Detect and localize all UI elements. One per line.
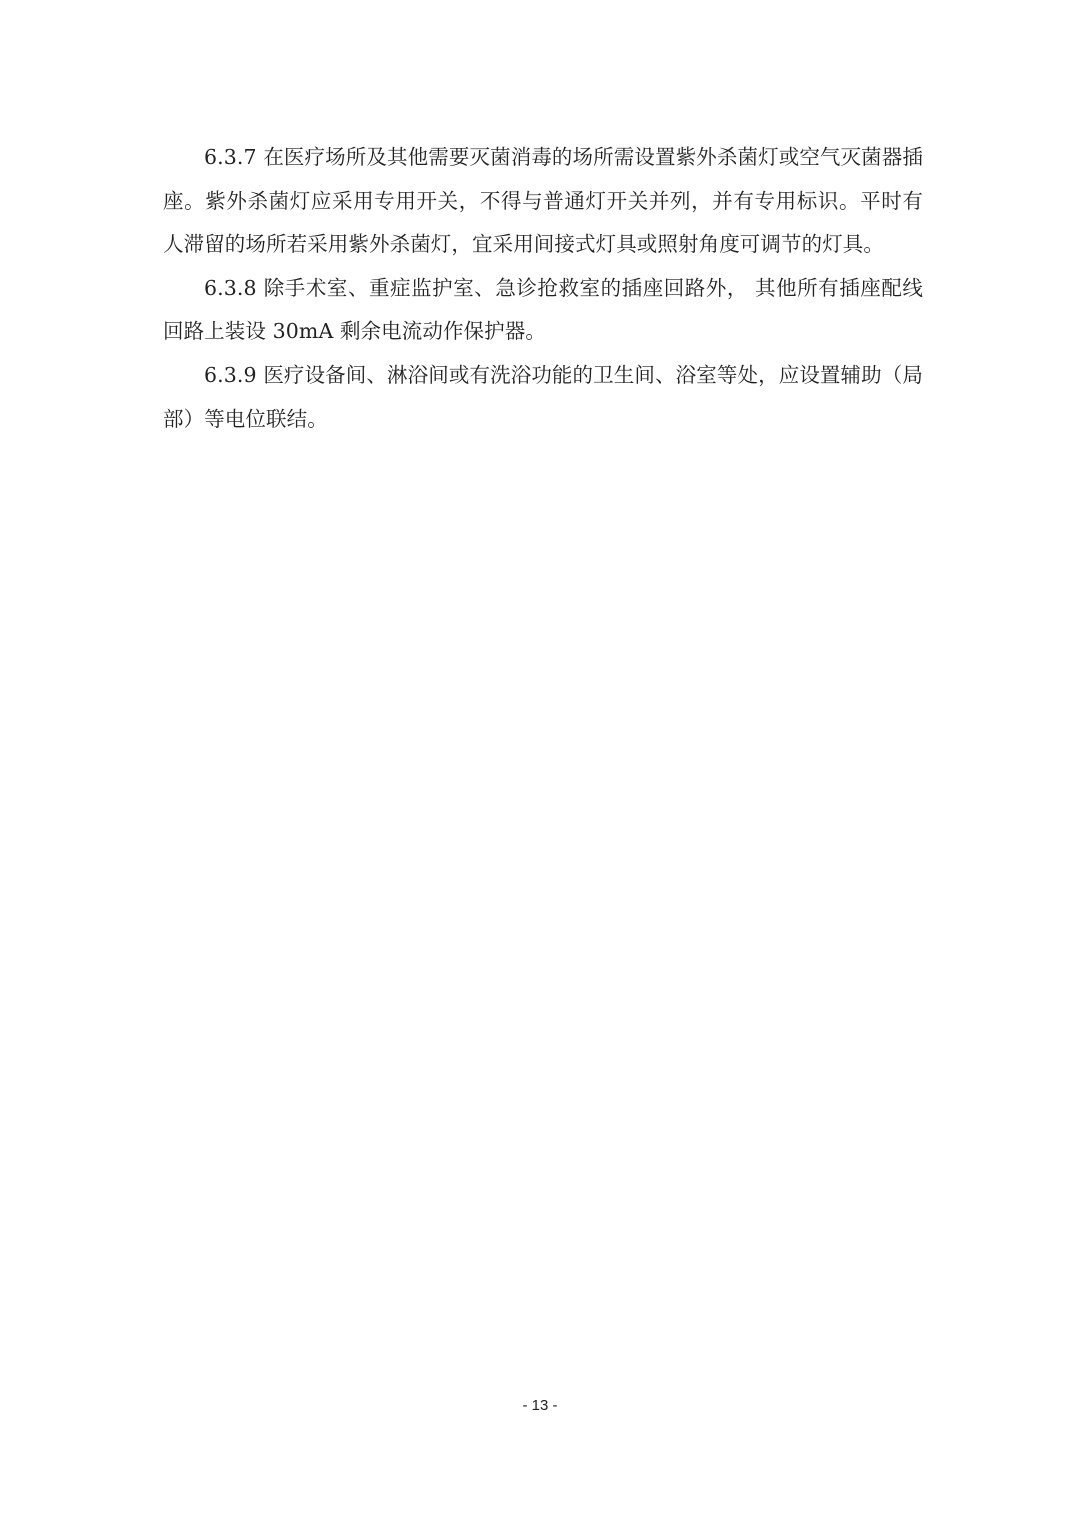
clause-number: 6.3.9 <box>204 363 257 387</box>
clause-6-3-7: 6.3.7 在医疗场所及其他需要灭菌消毒的场所需设置紫外杀菌灯或空气灭菌器插座。… <box>163 136 923 267</box>
page-number: - 13 - <box>0 1397 1080 1414</box>
clause-number: 6.3.7 <box>204 145 257 169</box>
clause-text: 除手术室、重症监护室、急诊抢救室的插座回路外， 其他所有插座配线回路上装设 30… <box>163 276 923 344</box>
clause-text: 在医疗场所及其他需要灭菌消毒的场所需设置紫外杀菌灯或空气灭菌器插座。紫外杀菌灯应… <box>163 145 923 256</box>
clause-number: 6.3.8 <box>204 276 257 300</box>
clause-6-3-9: 6.3.9 医疗设备间、淋浴间或有洗浴功能的卫生间、浴室等处，应设置辅助（局部）… <box>163 354 923 441</box>
clause-6-3-8: 6.3.8 除手术室、重症监护室、急诊抢救室的插座回路外， 其他所有插座配线回路… <box>163 267 923 354</box>
document-body: 6.3.7 在医疗场所及其他需要灭菌消毒的场所需设置紫外杀菌灯或空气灭菌器插座。… <box>163 136 923 441</box>
document-page: 6.3.7 在医疗场所及其他需要灭菌消毒的场所需设置紫外杀菌灯或空气灭菌器插座。… <box>0 0 1080 1527</box>
clause-text: 医疗设备间、淋浴间或有洗浴功能的卫生间、浴室等处，应设置辅助（局部）等电位联结。 <box>163 363 923 431</box>
